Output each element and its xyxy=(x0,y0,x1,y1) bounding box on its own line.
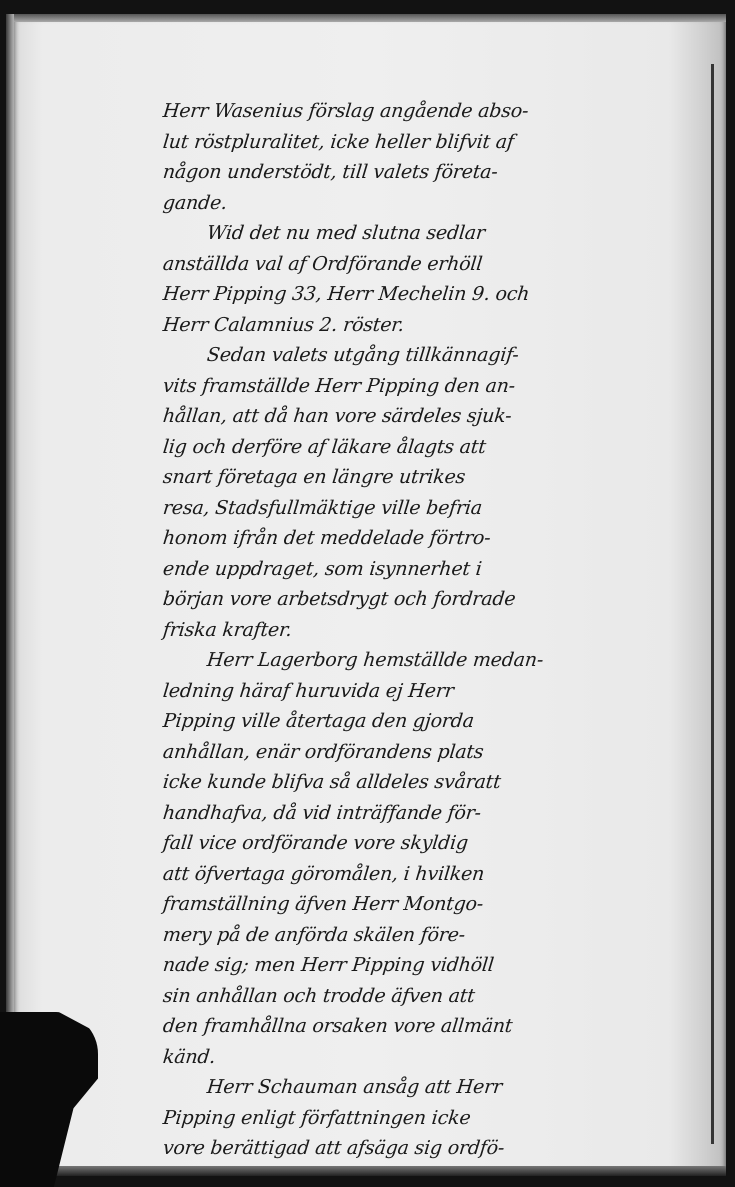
text-line: fall vice ordförande vore skyldig xyxy=(161,828,704,859)
manuscript-scan: Herr Wasenius förslag angående abso- lut… xyxy=(0,0,735,1187)
text-line: Wid det nu med slutna sedlar xyxy=(161,218,704,249)
text-line: känd. xyxy=(161,1042,704,1073)
text-line: Herr Wasenius förslag angående abso- xyxy=(161,96,704,127)
text-line: nade sig; men Herr Pipping vidhöll xyxy=(161,950,704,981)
page-top-edge xyxy=(14,14,726,22)
text-line: hållan, att då han vore särdeles sjuk- xyxy=(161,401,704,432)
text-line: friska krafter. xyxy=(161,615,704,646)
text-line: ledning häraf huruvida ej Herr xyxy=(161,676,704,707)
text-line: ende uppdraget, som isynnerhet i xyxy=(161,554,704,585)
text-line: anställda val af Ordförande erhöll xyxy=(161,249,704,280)
text-line: Sedan valets utgång tillkännagif- xyxy=(161,340,704,371)
handwritten-text: Herr Wasenius förslag angående abso- lut… xyxy=(163,96,703,1164)
text-line: icke kunde blifva så alldeles svåratt xyxy=(161,767,704,798)
text-line: vore berättigad att afsäga sig ordfö- xyxy=(161,1133,704,1164)
text-line: anhållan, enär ordförandens plats xyxy=(161,737,704,768)
text-line: vits framställde Herr Pipping den an- xyxy=(161,371,704,402)
text-line: lig och derföre af läkare ålagts att xyxy=(161,432,704,463)
text-line: resa, Stadsfullmäktige ville befria xyxy=(161,493,704,524)
page-binding-fold xyxy=(711,64,714,1144)
text-line: mery på de anförda skälen före- xyxy=(161,920,704,951)
text-line: att öfvertaga göromålen, i hvilken xyxy=(161,859,704,890)
text-line: någon understödt, till valets företa- xyxy=(161,157,704,188)
text-line: Herr Pipping 33, Herr Mechelin 9. och xyxy=(161,279,704,310)
text-line: snart företaga en längre utrikes xyxy=(161,462,704,493)
text-line: den framhållna orsaken vore allmänt xyxy=(161,1011,704,1042)
text-line: lut röstpluralitet, icke heller blifvit … xyxy=(161,127,704,158)
text-line: Pipping ville återtaga den gjorda xyxy=(161,706,704,737)
text-line: handhafva, då vid inträffande för- xyxy=(161,798,704,829)
text-line: honom ifrån det meddelade förtro- xyxy=(161,523,704,554)
text-line: början vore arbetsdrygt och fordrade xyxy=(161,584,704,615)
text-line: Pipping enligt författningen icke xyxy=(161,1103,704,1134)
text-line: Herr Calamnius 2. röster. xyxy=(161,310,704,341)
text-line: Herr Lagerborg hemställde medan- xyxy=(161,645,704,676)
text-line: framställning äfven Herr Montgo- xyxy=(161,889,704,920)
page-bottom-edge xyxy=(44,1166,726,1176)
text-line: Herr Schauman ansåg att Herr xyxy=(161,1072,704,1103)
text-line: sin anhållan och trodde äfven att xyxy=(161,981,704,1012)
text-line: gande. xyxy=(161,188,704,219)
